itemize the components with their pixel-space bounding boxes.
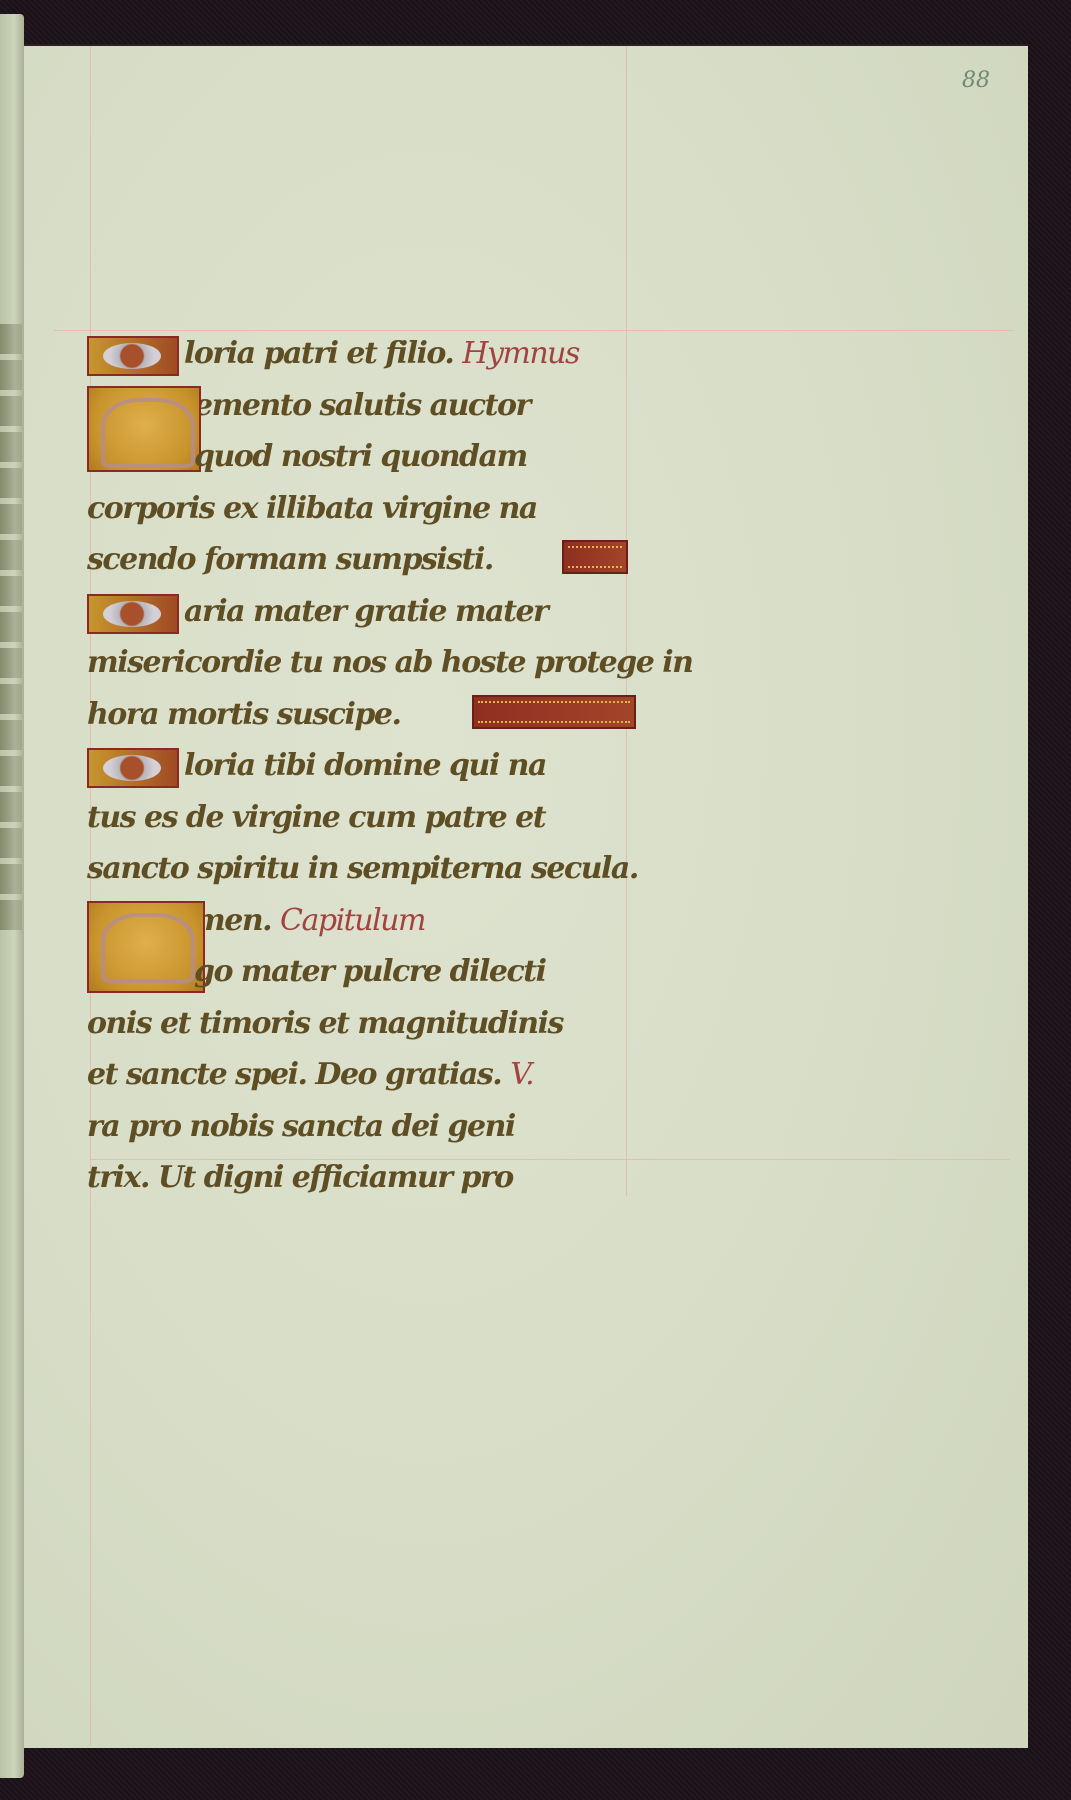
- text-line: sancto spiritu in sempiterna secula.: [87, 847, 647, 899]
- text-line: tus es de virgine cum patre et: [87, 796, 647, 848]
- text-line: corporis ex illibata virgine na: [87, 487, 647, 539]
- text-line: ra pro nobis sancta dei geni: [87, 1105, 647, 1157]
- adjacent-leaf-text-ghost: [0, 324, 22, 936]
- illuminated-initial-g: [87, 748, 179, 788]
- folio-number: 88: [962, 68, 990, 93]
- text-line: trix. Ut digni efficiamur pro: [87, 1156, 647, 1208]
- text-line: quod nostri quondam: [87, 435, 647, 487]
- rubric: Capitulum: [280, 903, 425, 938]
- text-line: scendo formam sumpsisti.: [87, 538, 647, 590]
- text-line: loria tibi domine qui na: [87, 744, 647, 796]
- text-line: onis et timoris et magnitudinis: [87, 1002, 647, 1054]
- ruling-top-line: [54, 330, 1014, 331]
- text-line: et sancte spei. Deo gratias. V.: [87, 1053, 647, 1105]
- text-line: men. Capitulum: [87, 899, 647, 951]
- text-line: go mater pulcre dilecti: [87, 950, 647, 1002]
- illuminated-initial-g: [87, 336, 179, 376]
- text-column: loria patri et filio. Hymnus emento salu…: [87, 332, 647, 1208]
- illuminated-initial-m: [87, 594, 179, 634]
- text-line: aria mater gratie mater: [87, 590, 647, 642]
- line-filler-ornament: [472, 695, 636, 729]
- text-line: hora mortis suscipe.: [87, 693, 647, 745]
- text-line: loria patri et filio. Hymnus: [87, 332, 647, 384]
- text-line: emento salutis auctor: [87, 384, 647, 436]
- text-line: misericordie tu nos ab hoste protege in: [87, 641, 647, 693]
- manuscript-page: 88 loria patri et filio. Hymnus emento s…: [24, 44, 1028, 1748]
- adjacent-leaf-edge: [0, 14, 24, 1778]
- rubric: Hymnus: [462, 336, 579, 371]
- line-filler-ornament: [562, 540, 628, 574]
- rubric: V.: [510, 1057, 533, 1092]
